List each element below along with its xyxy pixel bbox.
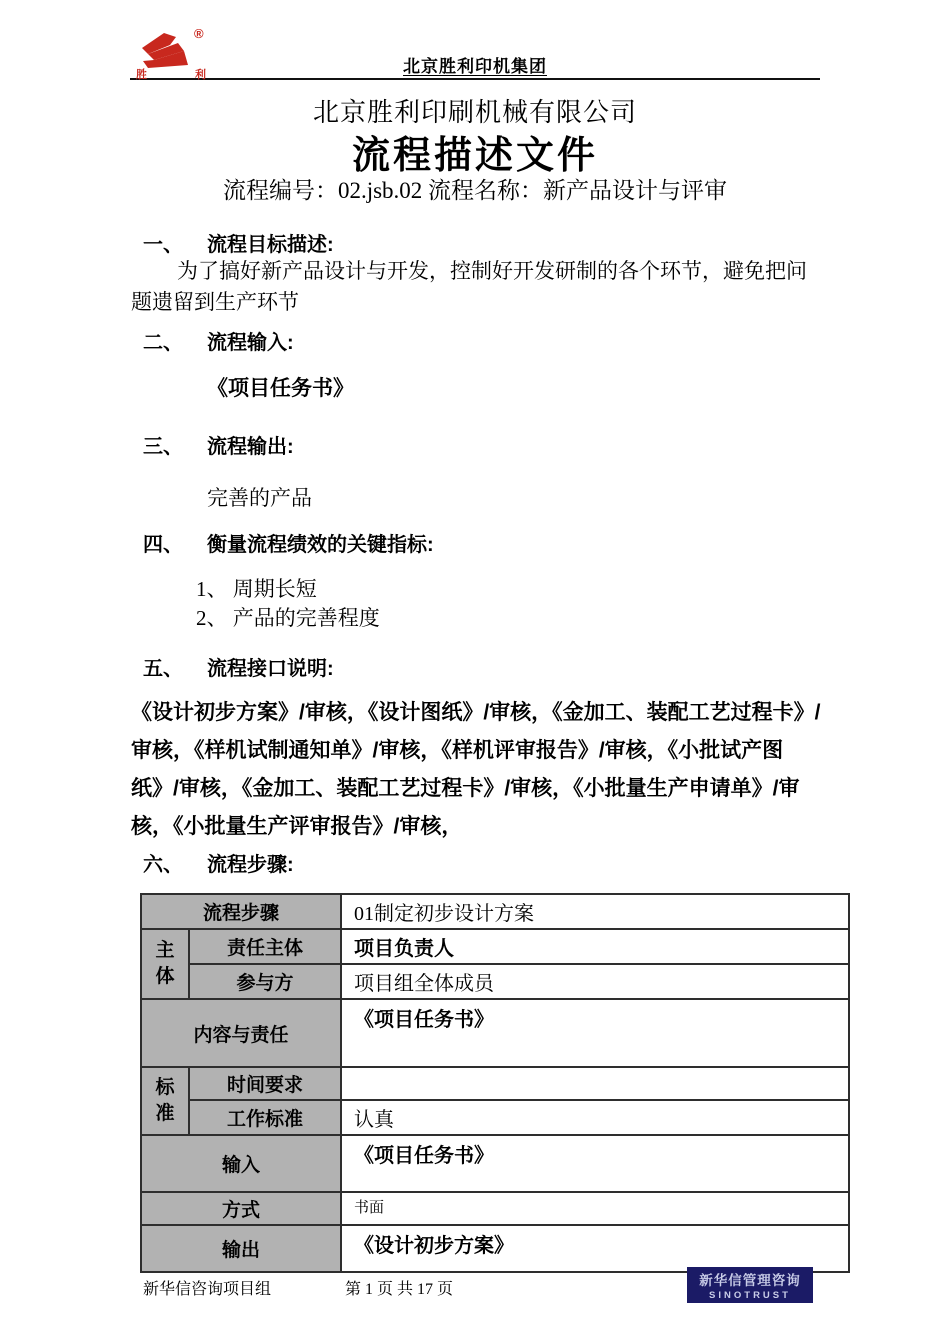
output-label-cell: 输出 — [141, 1225, 341, 1272]
section-3-heading: 三、 流程输出: — [143, 430, 294, 459]
section-3-number: 三、 — [143, 430, 207, 459]
time-value-cell — [341, 1067, 849, 1100]
section-6-heading: 六、 流程步骤: — [143, 848, 294, 877]
section-5-body: 《设计初步方案》/审核，《设计图纸》/审核，《金加工、装配工艺过程卡》/审核，《… — [131, 694, 830, 846]
process-step-table: 流程步骤 01制定初步设计方案 主体 责任主体 项目负责人 参与方 项目组全体成… — [140, 893, 850, 1273]
output-value-cell: 《设计初步方案》 — [341, 1225, 849, 1272]
table-row: 参与方 项目组全体成员 — [141, 964, 849, 999]
shengli-logo-icon — [136, 30, 194, 70]
section-3-value: 完善的产品 — [207, 483, 312, 513]
section-2-number: 二、 — [143, 326, 207, 355]
kpi-item-1: 1、 周期长短 — [196, 574, 317, 604]
footer-page-info: 第 1 页 共 17 页 — [345, 1276, 453, 1299]
method-value-cell: 书面 — [341, 1192, 849, 1225]
table-row: 标准 时间要求 — [141, 1067, 849, 1100]
shengli-logo: ® 胜 利 — [136, 26, 216, 80]
input-value-cell: 《项目任务书》 — [341, 1135, 849, 1192]
table-row: 方式 书面 — [141, 1192, 849, 1225]
logo-caption-right: 利 — [195, 66, 206, 82]
step-label-cell: 流程步骤 — [141, 894, 341, 929]
section-2-value: 《项目任务书》 — [207, 372, 354, 402]
page-header: 北京胜利印机集团 — [130, 0, 820, 80]
sinotrust-logo: 新华信管理咨询 SINOTRUST — [687, 1267, 813, 1303]
table-row: 流程步骤 01制定初步设计方案 — [141, 894, 849, 929]
sinotrust-logo-en: SINOTRUST — [687, 1290, 813, 1301]
content-value-cell: 《项目任务书》 — [341, 999, 849, 1067]
workstd-value-cell: 认真 — [341, 1100, 849, 1135]
section-4-heading: 四、 衡量流程绩效的关键指标: — [143, 528, 434, 557]
participant-value-cell: 项目组全体成员 — [341, 964, 849, 999]
logo-caption: 胜 利 — [136, 66, 206, 82]
responsible-label-cell: 责任主体 — [189, 929, 341, 964]
workstd-label-cell: 工作标准 — [189, 1100, 341, 1135]
table: 流程步骤 01制定初步设计方案 主体 责任主体 项目负责人 参与方 项目组全体成… — [140, 893, 850, 1273]
participant-label-cell: 参与方 — [189, 964, 341, 999]
content-label-cell: 内容与责任 — [141, 999, 341, 1067]
section-6-number: 六、 — [143, 848, 207, 877]
section-1-number: 一、 — [143, 228, 207, 257]
sinotrust-logo-cn: 新华信管理咨询 — [687, 1269, 813, 1289]
section-1-heading: 一、 流程目标描述: — [143, 228, 334, 257]
section-1-body: 为了搞好新产品设计与开发，控制好开发研制的各个环节，避免把问题遗留到生产环节 — [131, 256, 825, 318]
registered-mark: ® — [194, 26, 204, 41]
table-row: 输入 《项目任务书》 — [141, 1135, 849, 1192]
time-label-cell: 时间要求 — [189, 1067, 341, 1100]
table-row: 输出 《设计初步方案》 — [141, 1225, 849, 1272]
section-1-title: 流程目标描述: — [207, 228, 334, 257]
document-page: 北京胜利印机集团 ® 胜 利 北京胜利印刷机械有限公司 流程描述文件 流程编号：… — [0, 0, 950, 1344]
section-3-title: 流程输出: — [207, 430, 294, 459]
standard-group-cell: 标准 — [141, 1067, 189, 1135]
footer-team: 新华信咨询项目组 — [143, 1276, 271, 1299]
table-row: 主体 责任主体 项目负责人 — [141, 929, 849, 964]
section-4-number: 四、 — [143, 528, 207, 557]
doc-title: 流程描述文件 — [0, 124, 950, 179]
step-value-cell: 01制定初步设计方案 — [341, 894, 849, 929]
section-5-heading: 五、 流程接口说明: — [143, 652, 334, 681]
section-6-title: 流程步骤: — [207, 848, 294, 877]
logo-caption-left: 胜 — [136, 66, 147, 82]
table-row: 工作标准 认真 — [141, 1100, 849, 1135]
section-2-heading: 二、 流程输入: — [143, 326, 294, 355]
table-row: 内容与责任 《项目任务书》 — [141, 999, 849, 1067]
group-name: 北京胜利印机集团 — [403, 52, 547, 78]
section-5-number: 五、 — [143, 652, 207, 681]
section-2-title: 流程输入: — [207, 326, 294, 355]
input-label-cell: 输入 — [141, 1135, 341, 1192]
kpi-item-2: 2、 产品的完善程度 — [196, 603, 380, 633]
body-group-cell: 主体 — [141, 929, 189, 999]
section-5-title: 流程接口说明: — [207, 652, 334, 681]
doc-meta: 流程编号：02.jsb.02 流程名称：新产品设计与评审 — [0, 172, 950, 205]
method-label-cell: 方式 — [141, 1192, 341, 1225]
section-4-title: 衡量流程绩效的关键指标: — [207, 528, 434, 557]
responsible-value-cell: 项目负责人 — [341, 929, 849, 964]
